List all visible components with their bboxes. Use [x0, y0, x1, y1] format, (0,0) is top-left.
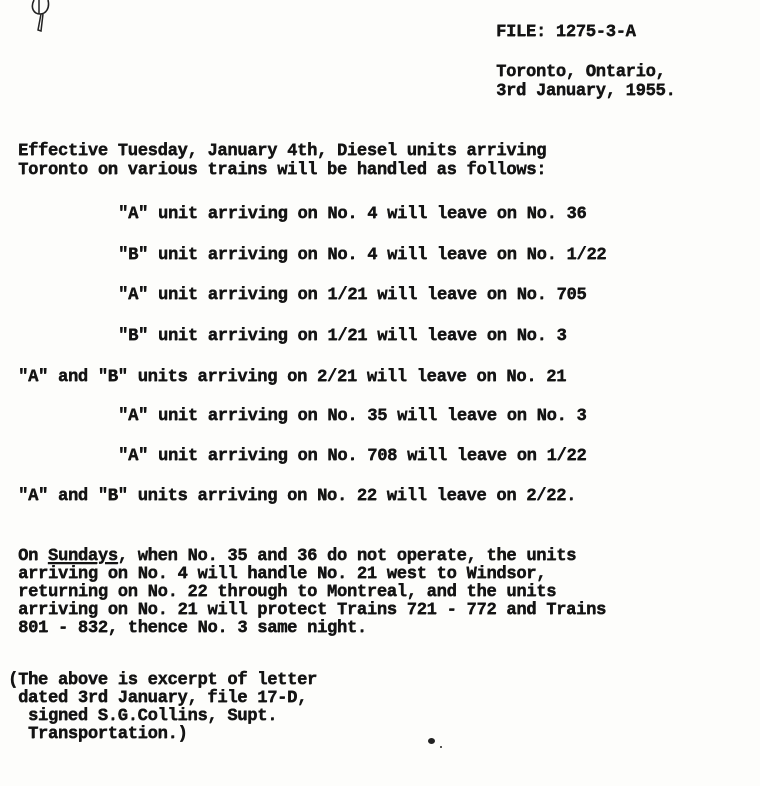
handwritten-mark: [28, 0, 54, 34]
letter-date: 3rd January, 1955.: [496, 82, 675, 101]
sundays-line: 801 - 832, thence No. 3 same night.: [18, 619, 367, 638]
assignment-line: "A" unit arriving on No. 4 will leave on…: [118, 205, 586, 224]
sundays-underlined: Sundays: [48, 547, 118, 566]
assignment-line: "A" unit arriving on No. 708 will leave …: [118, 447, 586, 466]
ink-speck: [440, 746, 442, 748]
file-reference: FILE: 1275-3-A: [496, 23, 636, 42]
sundays-first-rest: , when No. 35 and 36 do not operate, the…: [118, 547, 576, 566]
ink-speck: [428, 738, 435, 744]
assignment-line: "A" and "B" units arriving on No. 22 wil…: [18, 487, 576, 506]
footnote-line: Transportation.): [8, 725, 187, 744]
footnote-line: (The above is excerpt of letter: [8, 671, 317, 690]
assignment-line: "A" unit arriving on No. 35 will leave o…: [118, 407, 586, 426]
sundays-line: arriving on No. 4 will handle No. 21 wes…: [18, 565, 546, 584]
sundays-line: arriving on No. 21 will protect Trains 7…: [18, 601, 606, 620]
footnote-line: dated 3rd January, file 17-D,: [8, 689, 307, 708]
assignment-line: "B" unit arriving on 1/21 will leave on …: [118, 327, 566, 346]
location: Toronto, Ontario,: [496, 63, 665, 82]
sundays-line: returning on No. 22 through to Montreal,…: [18, 583, 556, 602]
assignment-line: "A" unit arriving on 1/21 will leave on …: [118, 286, 586, 305]
assignment-line: "B" unit arriving on No. 4 will leave on…: [118, 246, 606, 265]
footnote-line: signed S.G.Collins, Supt.: [8, 707, 277, 726]
intro-line: Effective Tuesday, January 4th, Diesel u…: [18, 142, 546, 161]
assignment-line: "A" and "B" units arriving on 2/21 will …: [18, 368, 566, 387]
intro-line: Toronto on various trains will be handle…: [18, 161, 546, 180]
sundays-lead: On: [18, 547, 48, 566]
sundays-paragraph-first-line: On Sundays, when No. 35 and 36 do not op…: [18, 547, 576, 566]
